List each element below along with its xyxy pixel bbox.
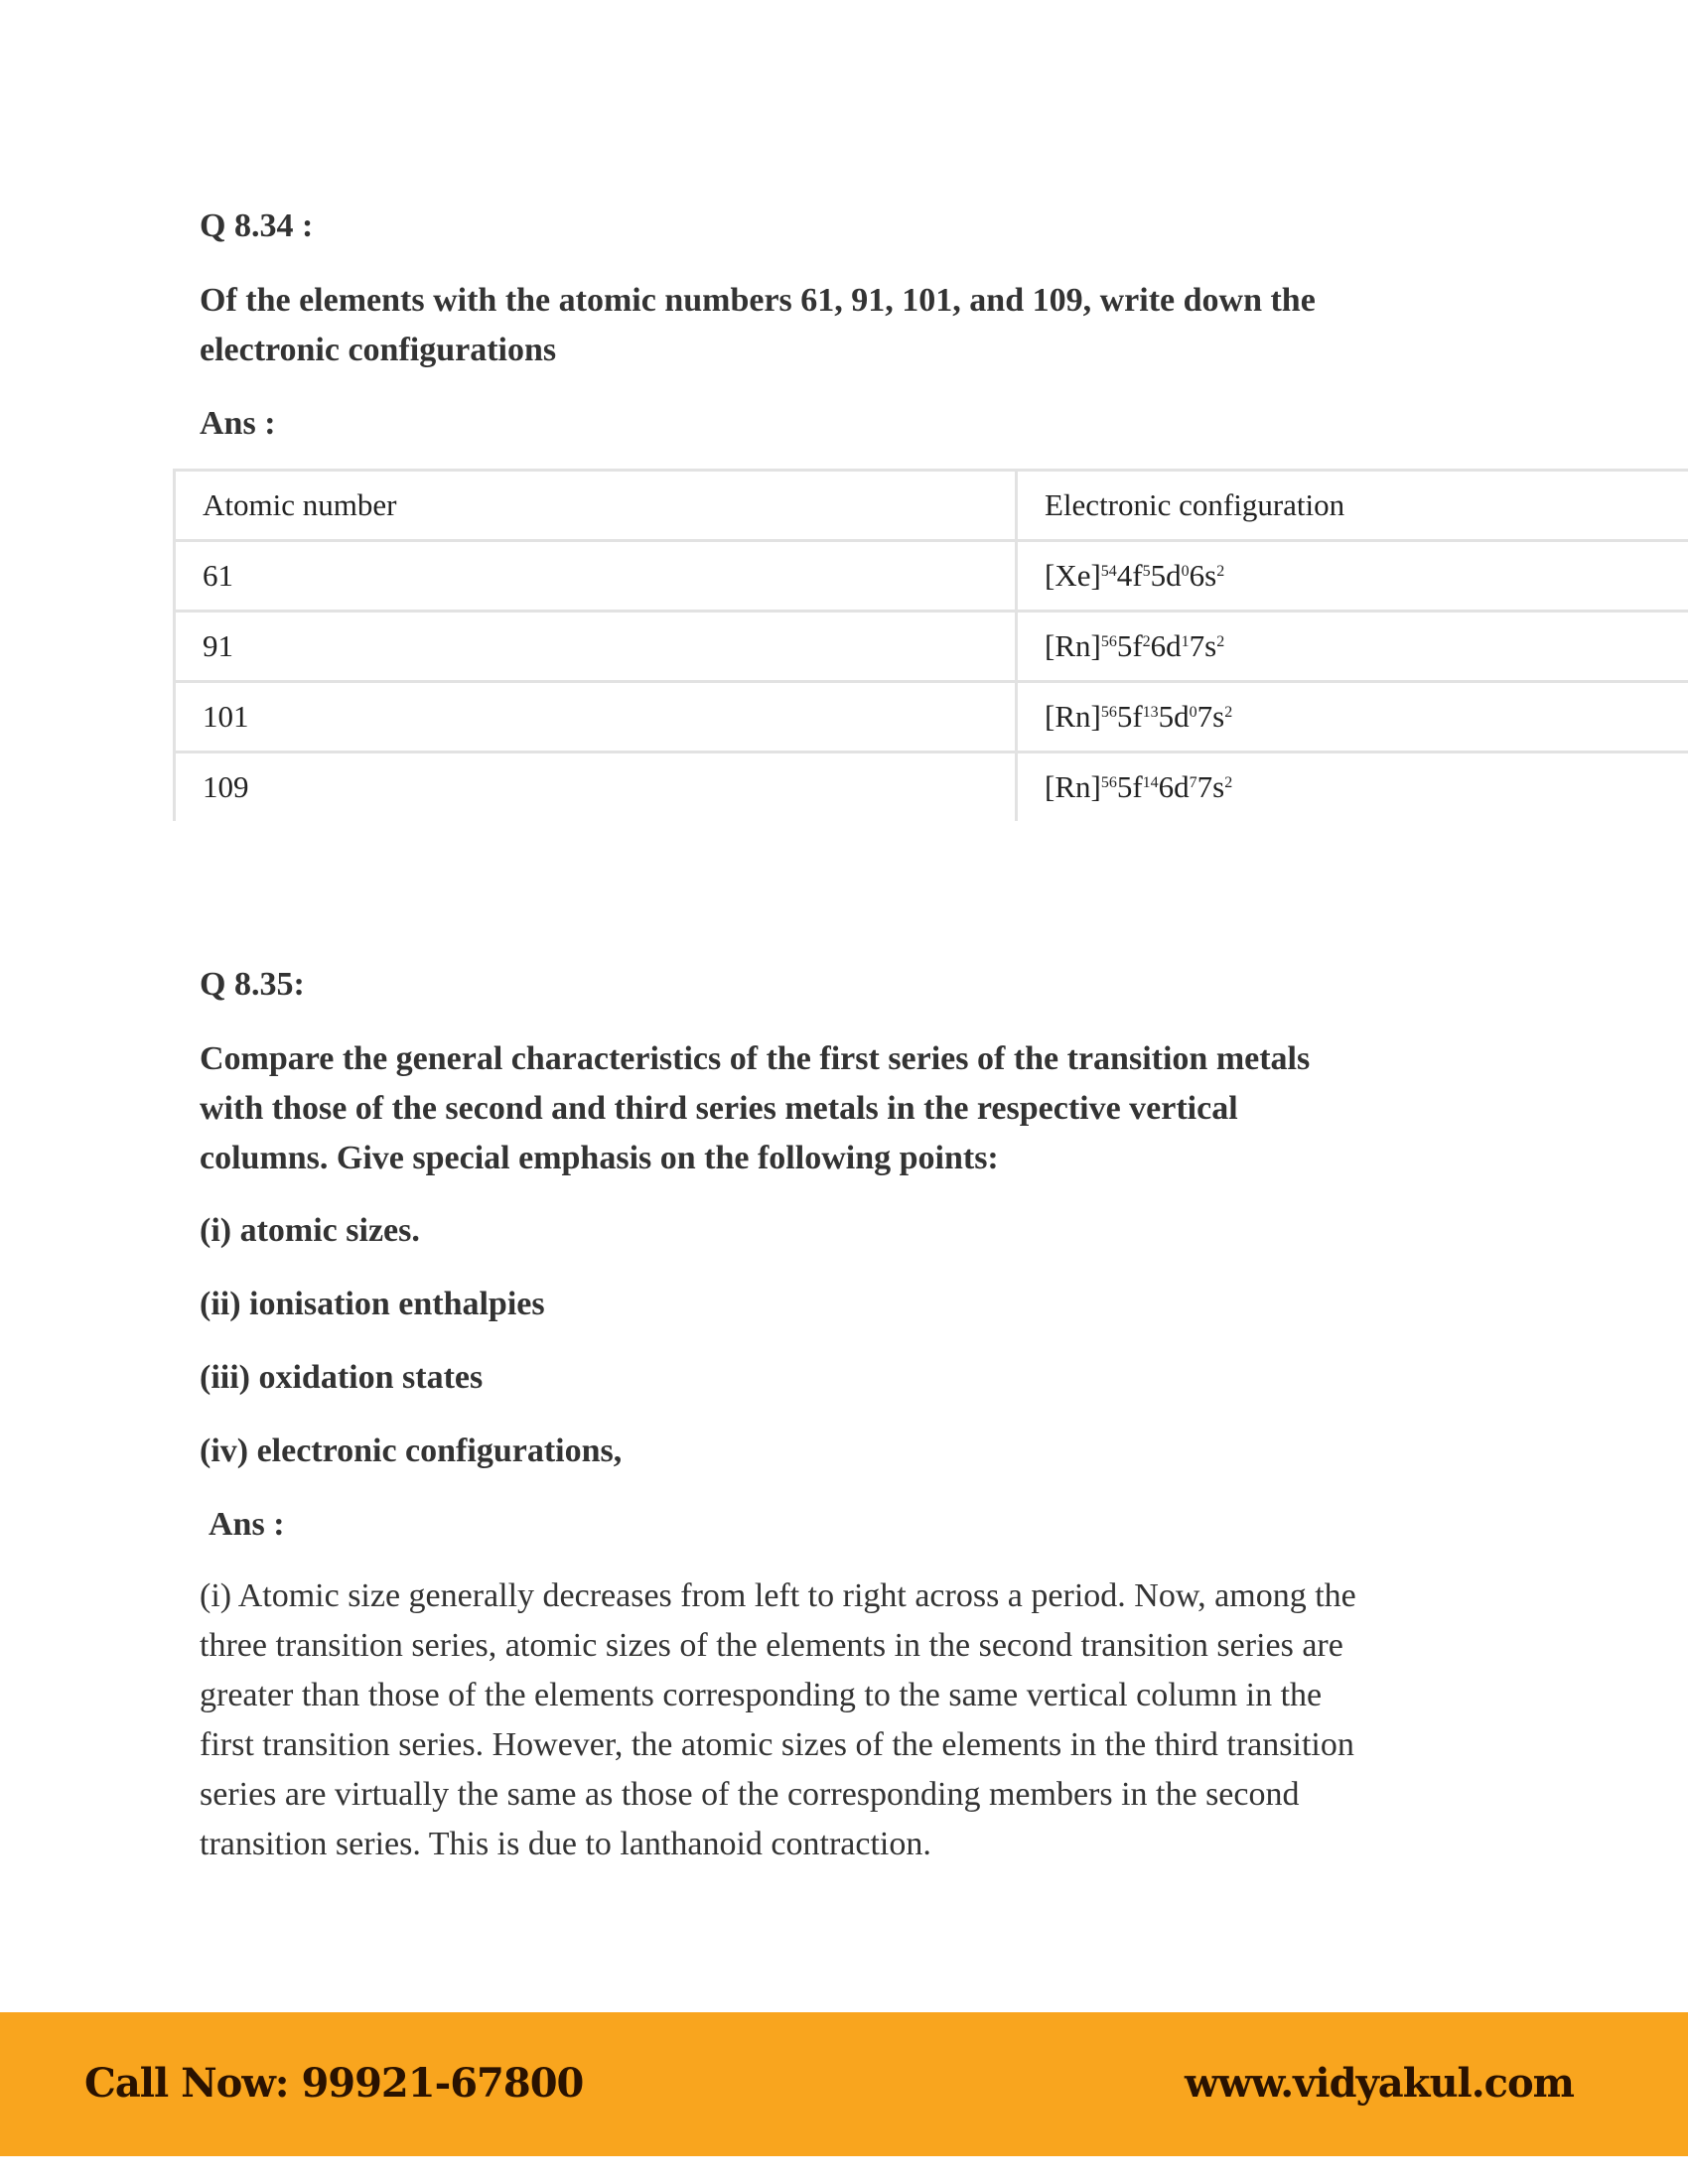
column-header-electronic-configuration: Electronic configuration xyxy=(1017,471,1688,541)
electronic-configuration-cell: [Rn]565f135d07s2 xyxy=(1017,682,1688,752)
footer-banner: Call Now: 99921-67800 www.vidyakul.com xyxy=(0,2012,1688,2156)
question-text: Of the elements with the atomic numbers … xyxy=(200,276,1510,375)
electronic-configuration-cell: [Xe]544f55d06s2 xyxy=(1017,541,1688,612)
point-atomic-sizes: (i) atomic sizes. xyxy=(200,1211,420,1251)
atomic-number-cell: 61 xyxy=(175,541,1017,612)
call-now-phone[interactable]: Call Now: 99921-67800 xyxy=(84,2060,583,2107)
answer-line: first transition series. However, the at… xyxy=(200,1720,1356,1770)
answer-label: Ans : xyxy=(209,1505,285,1545)
table-row: 91[Rn]565f26d17s2 xyxy=(175,612,1688,682)
answer-line: three transition series, atomic sizes of… xyxy=(200,1621,1356,1671)
question-line: electronic configurations xyxy=(200,326,1510,375)
answer-label: Ans : xyxy=(200,404,276,444)
table-row: 109[Rn]565f146d77s2 xyxy=(175,752,1688,822)
point-oxidation-states: (iii) oxidation states xyxy=(200,1358,483,1398)
table-row: 61[Xe]544f55d06s2 xyxy=(175,541,1688,612)
answer-line: (i) Atomic size generally decreases from… xyxy=(200,1571,1356,1621)
point-electronic-configurations: (iv) electronic configurations, xyxy=(200,1432,622,1471)
question-text: Compare the general characteristics of t… xyxy=(200,1034,1510,1183)
answer-line: transition series. This is due to lantha… xyxy=(200,1820,1356,1869)
electronic-configuration-table: Atomic number Electronic configuration 6… xyxy=(173,469,1688,821)
atomic-number-cell: 91 xyxy=(175,612,1017,682)
atomic-number-cell: 101 xyxy=(175,682,1017,752)
column-header-atomic-number: Atomic number xyxy=(175,471,1017,541)
point-ionisation-enthalpies: (ii) ionisation enthalpies xyxy=(200,1285,545,1324)
electronic-configuration-cell: [Rn]565f26d17s2 xyxy=(1017,612,1688,682)
question-line: Compare the general characteristics of t… xyxy=(200,1034,1510,1084)
question-number: Q 8.34 : xyxy=(200,206,313,246)
question-line: with those of the second and third serie… xyxy=(200,1084,1510,1134)
answer-line: series are virtually the same as those o… xyxy=(200,1770,1356,1820)
answer-paragraph: (i) Atomic size generally decreases from… xyxy=(200,1571,1356,1869)
question-number: Q 8.35: xyxy=(200,965,305,1005)
question-line: Of the elements with the atomic numbers … xyxy=(200,276,1510,326)
electronic-configuration-cell: [Rn]565f146d77s2 xyxy=(1017,752,1688,822)
website-link[interactable]: www.vidyakul.com xyxy=(1185,2060,1574,2107)
question-line: columns. Give special emphasis on the fo… xyxy=(200,1134,1510,1183)
answer-line: greater than those of the elements corre… xyxy=(200,1671,1356,1720)
atomic-number-cell: 109 xyxy=(175,752,1017,822)
table-header-row: Atomic number Electronic configuration xyxy=(175,471,1688,541)
table-row: 101[Rn]565f135d07s2 xyxy=(175,682,1688,752)
